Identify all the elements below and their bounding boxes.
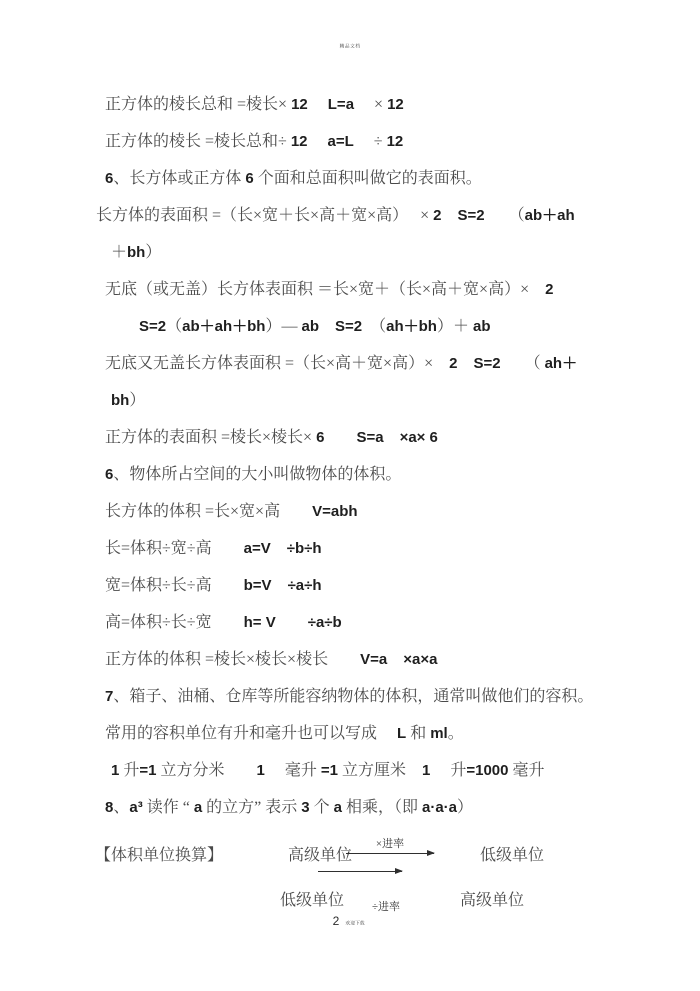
body-text: 、 — [113, 799, 129, 816]
formula-text: 12 — [291, 133, 308, 150]
body-text: 正方体的体积 =棱长×棱长×棱长 — [105, 651, 328, 668]
body-text: 和 — [406, 725, 430, 742]
formula-text: a=V — [244, 540, 271, 557]
body-text — [212, 577, 244, 594]
formula-text: ah＋ — [545, 355, 578, 372]
formula-text: bh — [127, 244, 145, 261]
body-text: 升 — [430, 762, 466, 779]
body-text: （ — [166, 318, 182, 335]
formula-text: ah＋bh — [386, 318, 437, 335]
body-text — [457, 355, 473, 372]
formula-text: ×a× — [400, 429, 426, 446]
text-line: ＋bh） — [111, 234, 670, 271]
body-text — [377, 725, 397, 742]
body-text: 相乘，（即 — [342, 799, 422, 816]
body-text: 宽=体积÷长÷高 — [105, 577, 212, 594]
body-text: ） — [457, 799, 473, 816]
page-footer: 2 欢迎下载 — [0, 912, 700, 930]
text-line: 长方体的体积 =长×宽×高 V=abh — [105, 493, 670, 530]
body-text: 读作 “ — [143, 799, 194, 816]
body-text: 长=体积÷宽÷高 — [105, 540, 212, 557]
body-text — [328, 651, 360, 668]
header-watermark: 精品文档 — [70, 42, 630, 49]
formula-text: L=a — [328, 96, 354, 113]
body-text — [224, 762, 256, 779]
formula-text: 12 — [387, 133, 404, 150]
body-text — [324, 429, 356, 446]
body-text: 个 — [310, 799, 334, 816]
body-text — [271, 540, 287, 557]
formula-text: a=L — [328, 133, 354, 150]
formula-text: b=V — [244, 577, 272, 594]
body-text: （ — [362, 318, 386, 335]
body-text — [280, 503, 312, 520]
body-text: 长方体的表面积 =（长×宽＋长×高＋宽×高） — [96, 207, 400, 224]
body-text: ） — [145, 244, 161, 261]
formula-text: =1 — [139, 762, 156, 779]
body-text — [384, 429, 400, 446]
right-arrow-icon — [346, 853, 434, 854]
formula-text: h= V — [244, 614, 276, 631]
formula-text: 12 — [291, 96, 308, 113]
formula-text: ab＋ah — [525, 207, 575, 224]
body-text — [212, 614, 244, 631]
body-text: 高=体积÷长÷宽 — [105, 614, 212, 631]
body-text: ）— — [265, 318, 301, 335]
document-lines: 正方体的棱长总和 =棱长× 12 L=a × 12正方体的棱长 =棱长总和÷ 1… — [95, 86, 670, 826]
formula-text: 3 — [301, 799, 309, 816]
text-line: 正方体的体积 =棱长×棱长×棱长 V=a ×a×a — [105, 641, 670, 678]
formula-text: 12 — [387, 96, 404, 113]
text-line: 高=体积÷长÷宽 h= V ÷a÷b — [105, 604, 670, 641]
formula-text: =1 — [321, 762, 338, 779]
formula-text: ml — [430, 725, 448, 742]
text-line: bh） — [111, 382, 670, 419]
body-text — [212, 540, 244, 557]
formula-text: 6 — [429, 429, 437, 446]
text-line: S=2（ab＋ah＋bh）— ab S=2 （ah＋bh）＋ ab — [139, 308, 670, 345]
body-text — [387, 651, 403, 668]
text-line: 无底又无盖长方体表面积 =（长×高＋宽×高）× 2 S=2 （ ah＋ — [105, 345, 670, 382]
body-text: 升 — [119, 762, 139, 779]
text-line: 正方体的棱长 =棱长总和÷ 12 a=L ÷ 12 — [105, 123, 670, 160]
formula-text: ab — [301, 318, 319, 335]
formula-text: ÷a÷h — [288, 577, 322, 594]
body-text: 立方厘米 — [338, 762, 422, 779]
formula-text: V=a — [360, 651, 387, 668]
formula-text: =1000 — [466, 762, 508, 779]
formula-text: S=2 — [458, 207, 485, 224]
formula-text: 6 — [245, 170, 253, 187]
body-text: 常用的容积单位有升和毫升也可以写成 — [105, 725, 377, 742]
formula-text: ÷b÷h — [287, 540, 322, 557]
body-text: 毫升 — [265, 762, 321, 779]
body-text: （ — [501, 355, 545, 372]
text-line: 正方体的棱长总和 =棱长× 12 L=a × 12 — [105, 86, 670, 123]
unit-conversion-diagram: 【体积单位换算】 高级单位 ×进率 低级单位 低级单位 ÷进率 高级单位 — [95, 832, 670, 918]
text-line: 长=体积÷宽÷高 a=V ÷b÷h — [105, 530, 670, 567]
text-line: 正方体的表面积 =棱长×棱长× 6 S=a ×a× 6 — [105, 419, 670, 456]
formula-text: a — [334, 799, 342, 816]
body-text: （ — [485, 207, 525, 224]
body-text: 、长方体或正方体 — [113, 170, 245, 187]
body-text: ÷ — [354, 133, 387, 150]
body-text: 、箱子、油桶、仓库等所能容纳物体的体积，通常叫做他们的容积。 — [113, 688, 593, 705]
body-text: 正方体的棱长 =棱长总和÷ — [105, 133, 291, 150]
body-text: 无底又无盖长方体表面积 =（长×高＋宽×高）× — [105, 355, 449, 372]
text-line: 7、箱子、油桶、仓库等所能容纳物体的体积，通常叫做他们的容积。 — [105, 678, 670, 715]
body-text: ＋ — [111, 244, 127, 261]
low-level-unit-label: 低级单位 — [480, 842, 544, 865]
multiply-rate-label: ×进率 — [376, 838, 404, 850]
body-text — [272, 577, 288, 594]
body-text — [441, 207, 457, 224]
multiply-rate-arrow-icon: ×进率 — [346, 838, 434, 854]
divide-rate-label: ÷进率 — [372, 901, 400, 913]
right-arrow-icon — [318, 871, 402, 872]
text-line: 宽=体积÷长÷高 b=V ÷a÷h — [105, 567, 670, 604]
body-text: 毫升 — [508, 762, 544, 779]
formula-text: ÷a÷b — [308, 614, 342, 631]
body-text: 的立方” 表示 — [202, 799, 301, 816]
formula-text: ×a×a — [403, 651, 437, 668]
body-text — [308, 133, 328, 150]
body-text: 长方体的体积 =长×宽×高 — [105, 503, 280, 520]
formula-text: 1 — [257, 762, 265, 779]
body-text: ）＋ — [437, 318, 473, 335]
formula-text: S=2 — [335, 318, 362, 335]
body-text — [308, 96, 328, 113]
document-content: 正方体的棱长总和 =棱长× 12 L=a × 12正方体的棱长 =棱长总和÷ 1… — [95, 86, 670, 918]
body-text — [276, 614, 308, 631]
text-line: 8、a³ 读作 “ a 的立方” 表示 3 个 a 相乘，（即 a·a·a） — [105, 789, 670, 826]
body-text: 立方分米 — [156, 762, 224, 779]
body-text: 无底（或无盖）长方体表面积 ＝长×宽＋（长×高＋宽×高）× — [105, 281, 545, 298]
text-line: 常用的容积单位有升和毫升也可以写成 L 和 ml。 — [105, 715, 670, 752]
formula-text: bh — [111, 392, 129, 409]
text-line: 6、长方体或正方体 6 个面和总面积叫做它的表面积。 — [105, 160, 670, 197]
text-line: 1 升=1 立方分米 1 毫升 =1 立方厘米 1 升=1000 毫升 — [111, 752, 670, 789]
body-text: 个面和总面积叫做它的表面积。 — [254, 170, 482, 187]
body-text: 、物体所占空间的大小叫做物体的体积。 — [113, 466, 401, 483]
document-page: 精品文档 正方体的棱长总和 =棱长× 12 L=a × 12正方体的棱长 =棱长… — [0, 0, 700, 991]
formula-text: L — [397, 725, 406, 742]
text-line: 长方体的表面积 =（长×宽＋长×高＋宽×高） × 2 S=2 （ab＋ah — [96, 197, 670, 234]
body-text: × — [400, 207, 433, 224]
body-text: 正方体的表面积 =棱长×棱长× — [105, 429, 316, 446]
text-line: 无底（或无盖）长方体表面积 ＝长×宽＋（长×高＋宽×高）× 2 — [105, 271, 670, 308]
formula-text: S=a — [356, 429, 383, 446]
formula-text: S=2 — [473, 355, 500, 372]
formula-text: 2 — [545, 281, 553, 298]
formula-text: a — [194, 799, 202, 816]
body-text: ） — [129, 392, 145, 409]
body-text: 。 — [448, 725, 464, 742]
footer-note: 欢迎下载 — [346, 919, 365, 926]
body-text: 正方体的棱长总和 =棱长× — [105, 96, 291, 113]
formula-text: a·a·a — [422, 799, 457, 816]
formula-text: a³ — [129, 799, 142, 816]
body-text — [319, 318, 335, 335]
body-text: × — [354, 96, 387, 113]
page-number: 2 — [333, 914, 340, 928]
formula-text: V=abh — [312, 503, 357, 520]
formula-text: S=2 — [139, 318, 166, 335]
text-line: 6、物体所占空间的大小叫做物体的体积。 — [105, 456, 670, 493]
section-title: 【体积单位换算】 — [95, 842, 223, 865]
high-level-unit-label: 高级单位 — [460, 887, 524, 910]
formula-text: ab — [473, 318, 491, 335]
formula-text: ab＋ah＋bh — [182, 318, 265, 335]
